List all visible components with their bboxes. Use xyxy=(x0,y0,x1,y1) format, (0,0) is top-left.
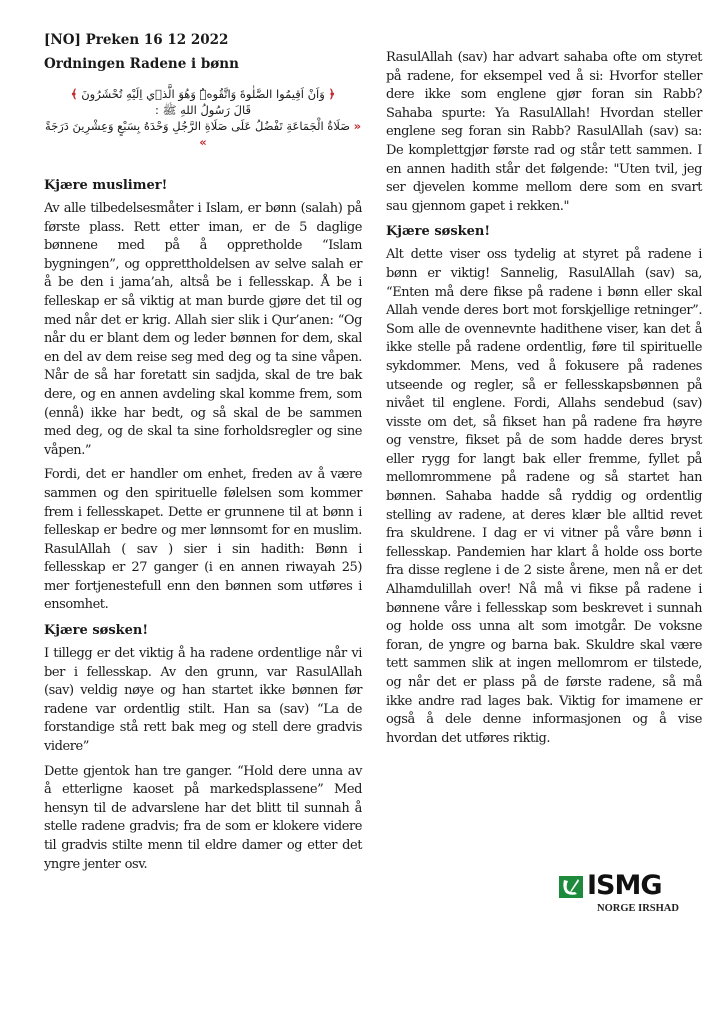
verse-open-ornament: ﴿ xyxy=(328,87,335,101)
ismg-logo: ISMG NORGE IRSHAD xyxy=(559,876,687,924)
hadith-arabic: صَلَاةُ الْجَمَاعَةِ تَفْضُلُ عَلَى صَلَ… xyxy=(45,119,350,133)
verse-text: وَاَنْ اَقِيمُوا الصَّلٰوةَ وَاتَّقُوهُۜ… xyxy=(81,87,325,101)
section-heading: Kjære søsken! xyxy=(386,222,702,242)
section-heading: Kjære søsken! xyxy=(44,621,362,641)
arabic-quote-block: ﴿ وَاَنْ اَقِيمُوا الصَّلٰوةَ وَاتَّقُوه… xyxy=(44,86,362,150)
paragraph: RasulAllah (sav) har advart sahaba ofte … xyxy=(386,49,702,216)
hadith-intro: قَالَ رَسُولُ اللهِ ﷺ : xyxy=(44,102,362,118)
hadith-open-ornament: « xyxy=(354,119,361,133)
left-column: [NO] Preken 16 12 2022 Ordningen Radene … xyxy=(44,30,362,880)
logo-mark-icon xyxy=(559,876,583,898)
right-column: RasulAllah (sav) har advart sahaba ofte … xyxy=(386,49,702,754)
paragraph: Av alle tilbedelsesmåter i Islam, er bøn… xyxy=(44,200,362,460)
paragraph: Fordi, det er handler om enhet, freden a… xyxy=(44,466,362,615)
hadith-close-ornament: » xyxy=(199,135,206,149)
hadith-text: « صَلَاةُ الْجَمَاعَةِ تَفْضُلُ عَلَى صَ… xyxy=(44,118,362,150)
logo-subtext: NORGE IRSHAD xyxy=(597,903,679,914)
verse-close-ornament: ﴾ xyxy=(71,87,78,101)
quran-verse: ﴿ وَاَنْ اَقِيمُوا الصَّلٰوةَ وَاتَّقُوه… xyxy=(44,86,362,102)
logo-text: ISMG xyxy=(587,872,662,900)
document-title: [NO] Preken 16 12 2022 xyxy=(44,30,362,50)
section-heading: Kjære muslimer! xyxy=(44,176,362,196)
document-subtitle: Ordningen Radene i bønn xyxy=(44,54,362,74)
document-page: [NO] Preken 16 12 2022 Ordningen Radene … xyxy=(0,0,724,1024)
paragraph: Alt dette viser oss tydelig at styret på… xyxy=(386,246,702,748)
paragraph: I tillegg er det viktig å ha radene orde… xyxy=(44,645,362,757)
paragraph: Dette gjentok han tre ganger. “Hold dere… xyxy=(44,763,362,875)
